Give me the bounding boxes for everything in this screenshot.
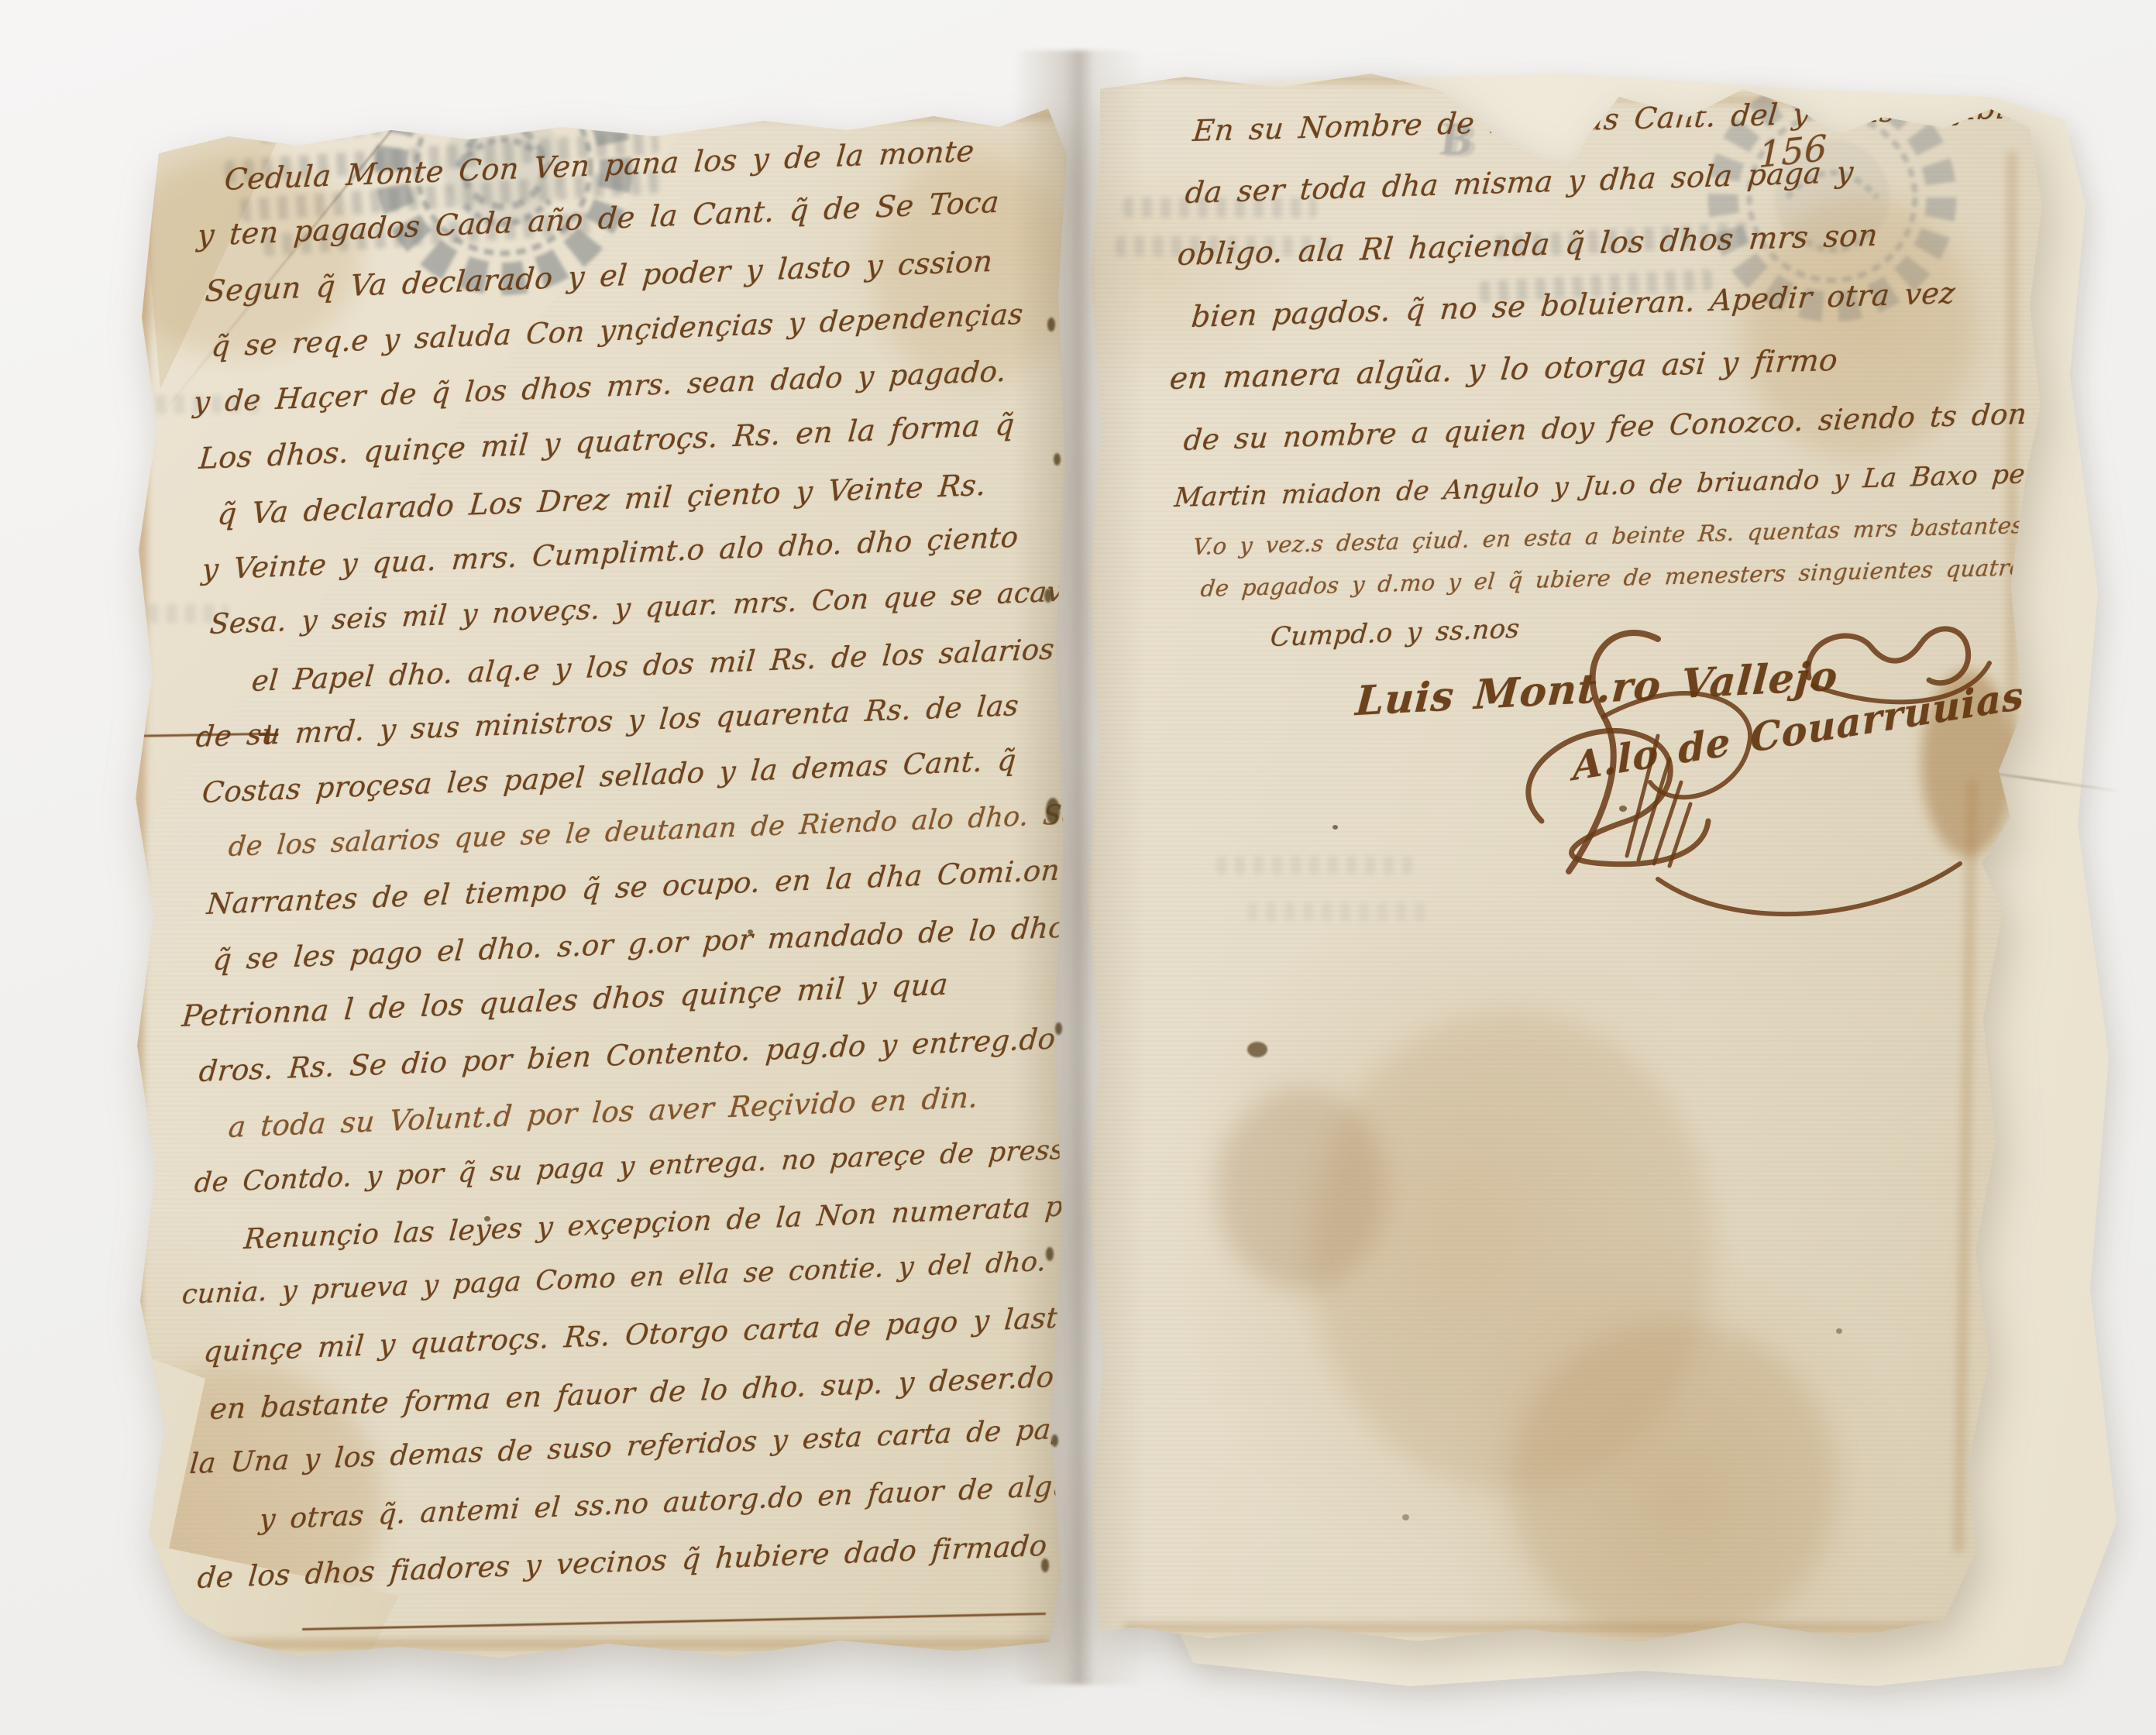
- manuscript-line: y ten pagados Cada año de la Cant. q̃ de…: [196, 185, 1000, 253]
- manuscript-line: de los dhos fiadores y vecinos q̃ hubier…: [196, 1529, 1048, 1595]
- manuscript-line: Renunçio las leyes y exçepçion de la Non…: [242, 1190, 1081, 1256]
- worm-hole: [1054, 453, 1061, 466]
- manuscript-line: Martin miadon de Angulo y Ju.o de briuan…: [1173, 458, 2069, 514]
- manuscript-line: quinçe mil y quatroçs. Rs. Otorgo carta …: [202, 1300, 1077, 1369]
- manuscript-line: Cumpd.o y ss.nos: [1269, 613, 1521, 653]
- manuscript-line: dros. Rs. Se dio por bien Contento. pag.…: [198, 1022, 1057, 1088]
- photo-of-manuscript: Los demas Autos de Mos. de la Rl Audienç…: [0, 0, 2156, 1735]
- manuscript-line: Costas proçesa les papel sellado y la de…: [201, 744, 1017, 809]
- worm-hole: [1044, 589, 1052, 603]
- worm-hole: [1046, 1247, 1054, 1261]
- marginal-cross: +: [253, 716, 284, 752]
- manuscript-line: Petrionna l de los quales dhos quinçe mi…: [181, 967, 949, 1033]
- manuscript-line: Narrantes de el tiempo q̃ se ocupo. en l…: [205, 854, 1061, 921]
- right-page-paper: B156En su Nombre de las dhas Cant. del y…: [1077, 43, 2076, 1692]
- manuscript-line: Segun q̃ Va declarado y el poder y lasto…: [204, 244, 994, 308]
- manuscript-line: bien pagdos. q̃ no se boluieran. Apedir …: [1190, 276, 1957, 334]
- manuscript-line: de su mrd. y sus ministros y los quarent…: [194, 689, 1020, 754]
- manuscript-line: de Contdo. y por q̃ su paga y entrega. n…: [193, 1133, 1102, 1199]
- manuscript-line: de los salarios que se le deutanan de Ri…: [227, 797, 1140, 863]
- manuscript-line: q̃ Va declarado Los Drez mil çiento y Ve…: [216, 468, 987, 531]
- worm-hole: [1041, 1558, 1049, 1572]
- manuscript-line: en manera algũa. y lo otorga asi y firmo: [1168, 343, 1839, 397]
- manuscript-line: V.o y vez.s desta çiud. en esta a beinte…: [1191, 509, 2151, 560]
- manuscript-line: y Veinte y qua. mrs. Cumplimt.o alo dho.…: [201, 520, 1020, 586]
- torn-edge-left: [127, 132, 150, 1619]
- manuscript-line: a toda su Volunt.d por los aver Reçivido…: [227, 1081, 979, 1144]
- manuscript-line: y de Haçer de q̃ los dhos mrs. sean dado…: [192, 355, 1008, 419]
- worm-hole: [1047, 318, 1055, 332]
- manuscript-line: Los dhos. quinçe mil y quatroçs. Rs. en …: [198, 407, 1016, 476]
- manuscript-line: En su Nombre de las dhas Cant. del y ell…: [1191, 90, 2044, 148]
- worm-hole: [1055, 1022, 1062, 1035]
- worm-hole: [1051, 1434, 1058, 1447]
- manuscript-line: q̃ se req.e y saluda Con ynçidençias y d…: [210, 297, 1024, 363]
- right-page: B156En su Nombre de las dhas Cant. del y…: [1077, 43, 2076, 1692]
- manuscript-line: de su nombre a quien doy fee Conozco. si…: [1182, 397, 2028, 457]
- right-page-text: B156En su Nombre de las dhas Cant. del y…: [1077, 43, 2076, 1692]
- manuscript-line: Sesa. y seis mil y noveçs. y quar. mrs. …: [208, 575, 1081, 641]
- manuscript-line: cunia. y prueva y paga Como en ella se c…: [181, 1244, 1110, 1311]
- left-page-text: Los demas Autos de Mos. de la Rl Audienç…: [66, 62, 1073, 1692]
- manuscript-line: la Una y los demas de suso referidos y e…: [188, 1412, 1088, 1480]
- manuscript-line: de pagados y d.mo y el q̃ ubiere de mene…: [1199, 551, 2127, 602]
- worm-hole: [1046, 798, 1060, 824]
- manuscript-line: en bastante forma en fauor de lo dho. su…: [208, 1359, 1106, 1427]
- manuscript-line: Los demas Autos de Mos. de la Rl Audienç…: [181, 67, 1124, 143]
- manuscript-line: el Papel dho. alq.e y los dos mil Rs. de…: [250, 632, 1056, 698]
- left-page: Los demas Autos de Mos. de la Rl Audienç…: [66, 62, 1073, 1692]
- manuscript-line: obligo. ala Rl haçienda q̃ los dhos mrs …: [1176, 218, 1879, 273]
- left-page-paper: Los demas Autos de Mos. de la Rl Audienç…: [66, 62, 1073, 1692]
- manuscript-line: da ser toda dha misma y dha sola paga y: [1184, 155, 1855, 210]
- binding-gutter: [1013, 50, 1145, 1685]
- manuscript-line: Cedula Monte Con Ven pana los y de la mo…: [223, 134, 975, 197]
